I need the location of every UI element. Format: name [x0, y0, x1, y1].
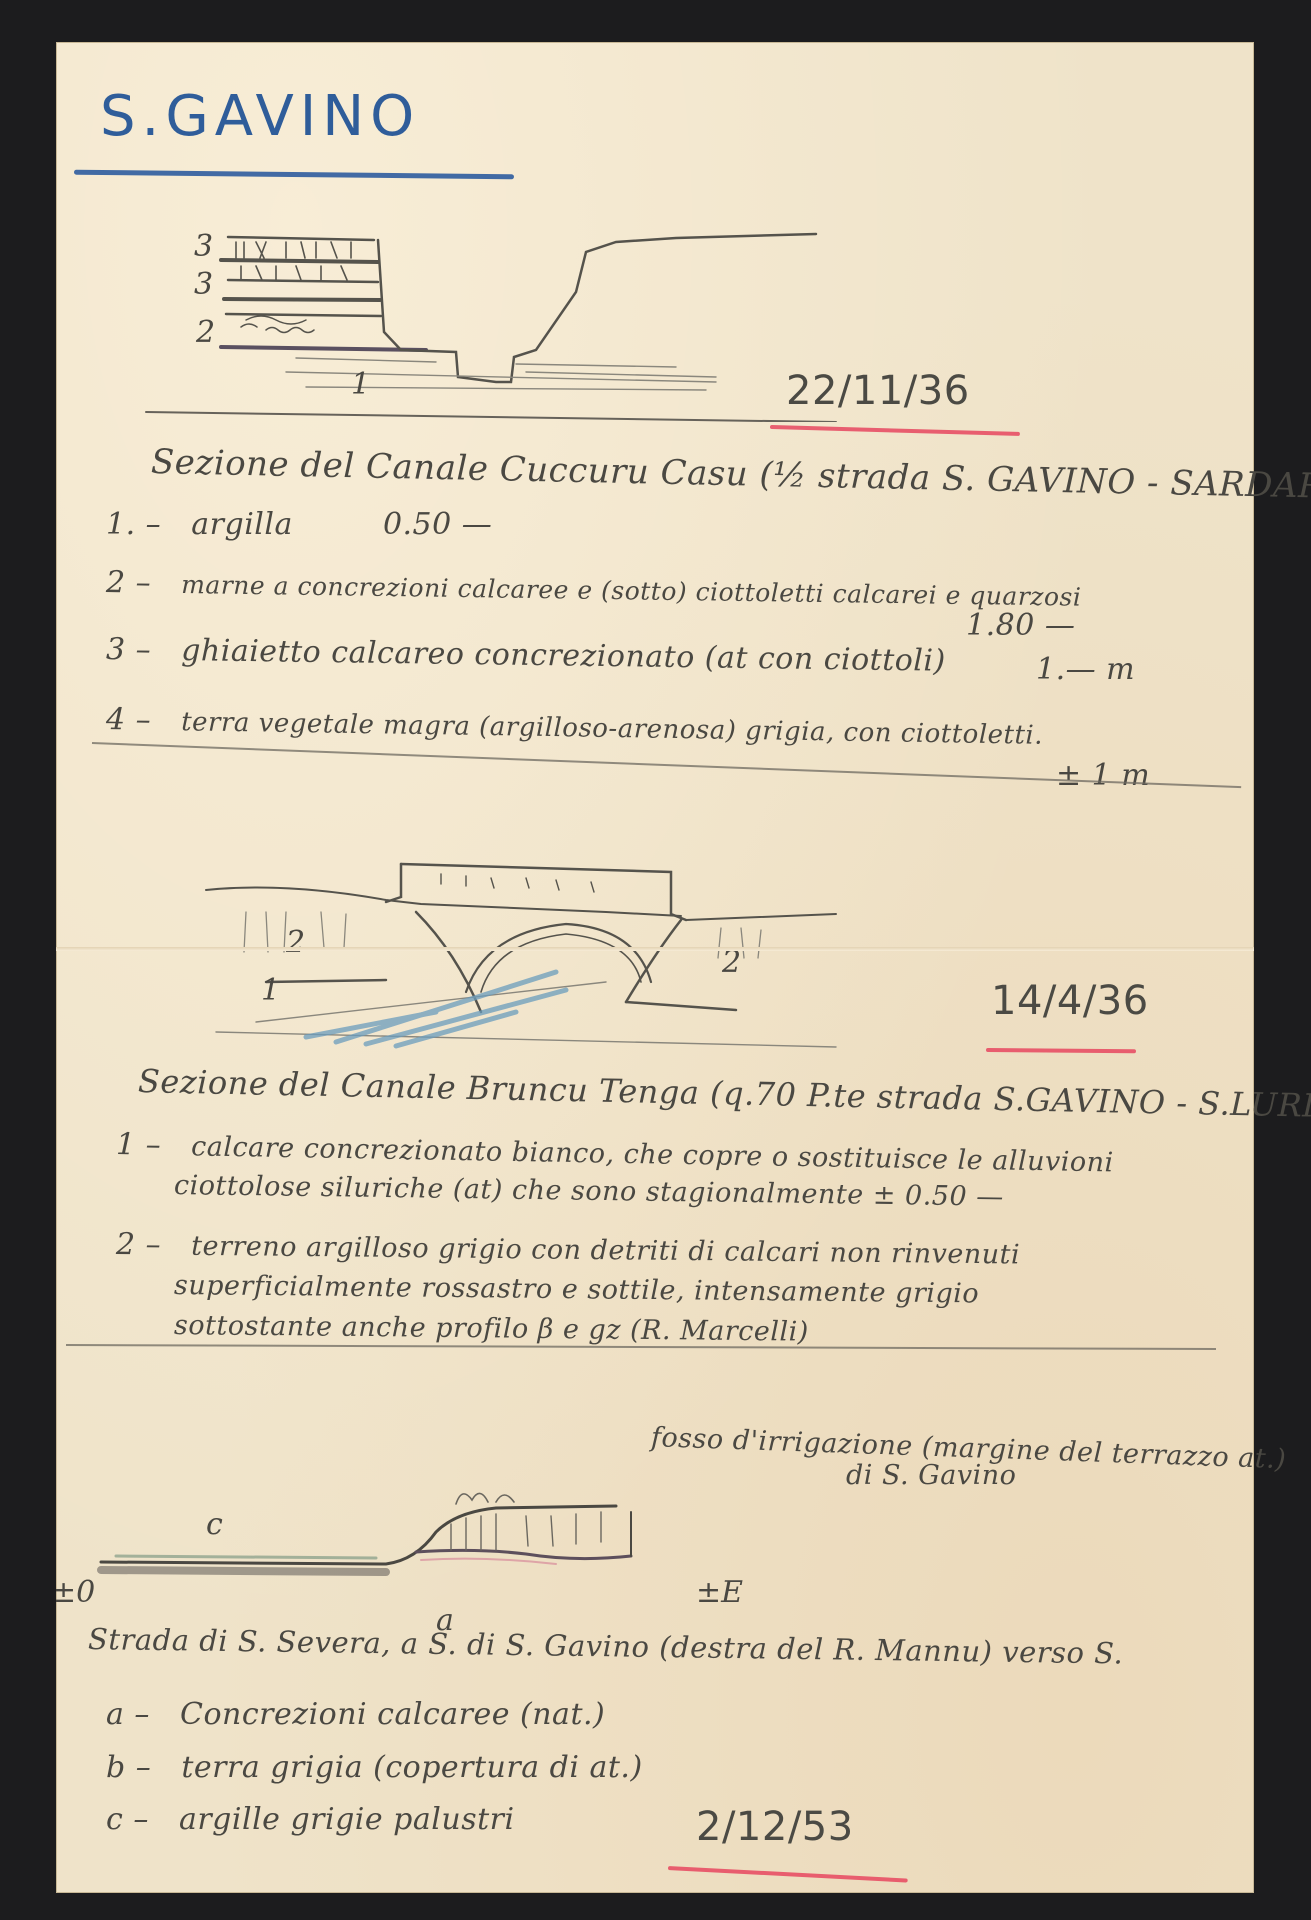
item-number: a – [106, 1697, 150, 1732]
item-thickness: 0.50 — [383, 507, 492, 542]
date-underline [668, 1866, 908, 1883]
date-section-2: 14/4/36 [991, 978, 1149, 1024]
canal-cross-section-sketch: 3 3 2 1 [116, 182, 876, 422]
sketch-annotation: di S. Gavino [846, 1460, 1016, 1491]
section-heading: Sezione del Canale Cuccuru Casu (½ strad… [151, 442, 1311, 507]
list-item: a – Concrezioni calcaree (nat.) [106, 1697, 605, 1732]
item-text: argille grigie palustri [179, 1802, 515, 1837]
item-text: Concrezioni calcaree (nat.) [180, 1697, 605, 1732]
date-underline [770, 425, 1020, 436]
stratum-label: 1 [351, 367, 370, 402]
date-underline [986, 1048, 1136, 1053]
section-heading: Sezione del Canale Bruncu Tenga (q.70 P.… [138, 1062, 1311, 1125]
stratum-label: 3 [194, 229, 213, 264]
item-text: marne a concrezioni calcaree e (sotto) c… [181, 570, 1082, 612]
stratum-label: 3 [194, 267, 213, 302]
item-text: terra vegetale magra (argilloso-arenosa)… [181, 707, 1043, 751]
date-section-1: 22/11/36 [786, 368, 970, 414]
list-item: b – terra grigia (copertura di at.) [106, 1750, 643, 1785]
item-number: b – [106, 1750, 151, 1785]
bridge-label: 2 [285, 925, 305, 960]
item-thickness: 1.— m [1036, 652, 1135, 687]
item-text-continued: sottostante anche profilo β e gz (R. Mar… [174, 1310, 809, 1348]
list-item: 2 – terreno argilloso grigio con detriti… [116, 1227, 1020, 1271]
date-section-3: 2/12/53 [696, 1804, 854, 1850]
list-item: 1. – argilla 0.50 — [106, 507, 492, 542]
page-title: S.GAVINO [100, 84, 420, 149]
profile-label-c: c [206, 1507, 223, 1542]
item-thickness: 1.80 — [966, 608, 1075, 643]
item-text: terreno argilloso grigio con detriti di … [191, 1231, 1020, 1271]
item-text: terra grigia (copertura di at.) [181, 1750, 642, 1785]
notebook-page: S.GAVINO 3 3 2 1 2 [56, 42, 1254, 1893]
item-number: 1 – [116, 1127, 162, 1163]
terrace-profile-sketch: c ±0 a ±E [56, 1452, 816, 1632]
item-number: 2 – [116, 1227, 161, 1262]
list-item: 2 – marne a concrezioni calcaree e (sott… [106, 565, 1082, 614]
item-text: ghiaietto calcareo concrezionato (at con… [181, 633, 946, 679]
item-number: 3 – [106, 632, 152, 668]
bridge-label: 1 [261, 973, 280, 1008]
item-number: c – [106, 1802, 149, 1837]
item-thickness: ± 1 m [1056, 758, 1150, 793]
item-number: 1. – [106, 507, 161, 542]
item-text-continued: ciottolose siluriche (at) che sono stagi… [174, 1170, 1004, 1213]
item-number: 4 – [106, 702, 152, 738]
list-item: 3 – ghiaietto calcareo concrezionato (at… [106, 632, 946, 679]
section-heading: Strada di S. Severa, a S. di S. Gavino (… [88, 1622, 1124, 1670]
item-text: argilla [191, 507, 293, 542]
item-text-continued: superficialmente rossastro e sottile, in… [174, 1270, 979, 1309]
item-number: 2 – [106, 565, 152, 601]
list-item: c – argille grigie palustri [106, 1802, 515, 1837]
list-item: 4 – terra vegetale magra (argilloso-aren… [106, 702, 1044, 752]
profile-label-e: ±E [696, 1575, 743, 1610]
stratum-label: 2 [195, 315, 215, 350]
profile-label-zero: ±0 [56, 1575, 95, 1610]
paper-fold [56, 947, 1254, 951]
title-underline [74, 170, 514, 180]
